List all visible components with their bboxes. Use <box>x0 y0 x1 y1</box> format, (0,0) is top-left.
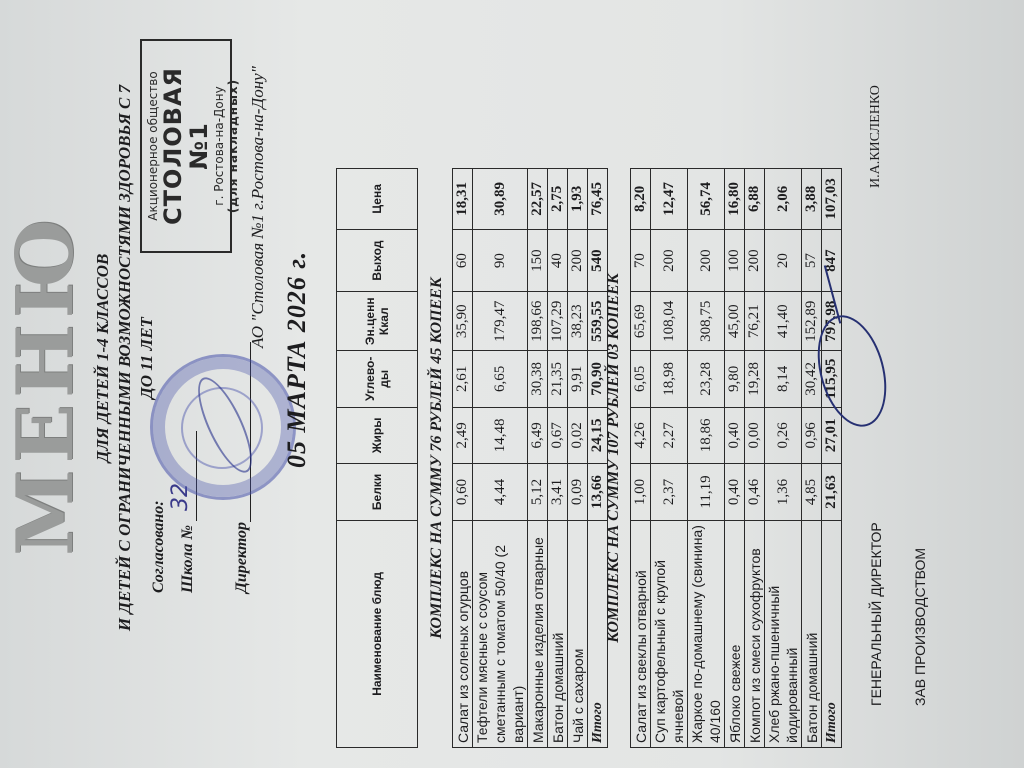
cell-fat: 0,02 <box>568 407 588 464</box>
cell-name: Жаркое по-домашнему (свинина) 40/160 <box>688 520 725 747</box>
table-row: Хлеб ржано-пшеничный йодированный1,360,2… <box>765 169 802 748</box>
cell-kcal: 198,66 <box>528 292 548 351</box>
cell-kcal: 107,29 <box>548 292 568 351</box>
cell-yield: 150 <box>528 229 548 292</box>
cell-carbs: 9,80 <box>725 351 745 408</box>
cell-fat: 18,86 <box>688 407 725 464</box>
cell-protein: 1,36 <box>765 464 802 521</box>
stamp-line-2: СТОЛОВАЯ №1 <box>160 41 212 251</box>
cell-kcal: 308,75 <box>688 292 725 351</box>
cell-protein: 5,12 <box>528 464 548 521</box>
cell-protein: 4,85 <box>802 464 822 521</box>
cell-fat: 0,40 <box>725 407 745 464</box>
column-header: Эн.ценн Ккал <box>337 292 418 351</box>
cell-carbs: 23,28 <box>688 351 725 408</box>
cell-name: Салат из соленых огурцов <box>453 520 473 747</box>
cell-kcal: 41,40 <box>765 292 802 351</box>
complex-2-table: Салат из свеклы отварной1,004,266,0565,6… <box>630 168 842 748</box>
table-row: Яблоко свежее0,400,409,8045,0010016,80 <box>725 169 745 748</box>
cell-fat: 6,49 <box>528 407 548 464</box>
cell-name: Макаронные изделия отварные <box>528 520 548 747</box>
cell-price: 107,03 <box>822 169 842 230</box>
table-row: Батон домашний4,850,9630,42152,89573,88 <box>802 169 822 748</box>
cell-carbs: 30,38 <box>528 351 548 408</box>
cell-carbs: 2,61 <box>453 351 473 408</box>
cell-carbs: 6,05 <box>631 351 651 408</box>
cell-name: Компот из смеси сухофруктов <box>745 520 765 747</box>
cell-kcal: 38,23 <box>568 292 588 351</box>
cell-fat: 0,00 <box>745 407 765 464</box>
cell-name: Тефтели мясные с соусом сметанным с тома… <box>473 520 528 747</box>
menu-document: МЕНЮ ДЛЯ ДЕТЕЙ 1-4 КЛАССОВ И ДЕТЕЙ С ОГР… <box>0 0 1024 768</box>
subtitle-line: ДЛЯ ДЕТЕЙ 1-4 КЛАССОВ <box>92 8 114 708</box>
cell-kcal: 179,47 <box>473 292 528 351</box>
cell-protein: 0,46 <box>745 464 765 521</box>
cell-kcal: 76,21 <box>745 292 765 351</box>
cell-fat: 2,49 <box>453 407 473 464</box>
cell-protein: 21,63 <box>822 464 842 521</box>
cell-price: 3,88 <box>802 169 822 230</box>
column-header: Жиры <box>337 407 418 464</box>
table-row: Тефтели мясные с соусом сметанным с тома… <box>473 169 528 748</box>
cell-carbs: 19,28 <box>745 351 765 408</box>
total-row: Итого21,6327,01115,95797,98847107,03 <box>822 169 842 748</box>
cell-name: Батон домашний <box>802 520 822 747</box>
cell-fat: 0,67 <box>548 407 568 464</box>
cell-carbs: 9,91 <box>568 351 588 408</box>
cell-name: Хлеб ржано-пшеничный йодированный <box>765 520 802 747</box>
complex-2-title: КОМПЛЕКС НА СУММУ 107 РУБЛЕЙ 03 КОПЕЕК <box>605 168 623 748</box>
stamp-line-1: Акционерное общество <box>146 41 160 251</box>
cell-yield: 200 <box>688 229 725 292</box>
cell-name: Яблоко свежее <box>725 520 745 747</box>
column-header: Углево-ды <box>337 351 418 408</box>
production-head-label: ЗАВ ПРОИЗВОДСТВОМ <box>912 548 928 706</box>
cell-yield: 70 <box>631 229 651 292</box>
cell-kcal: 108,04 <box>651 292 688 351</box>
cell-price: 22,57 <box>528 169 548 230</box>
cell-yield: 40 <box>548 229 568 292</box>
cell-yield: 200 <box>651 229 688 292</box>
menu-table-header: Наименование блюд Белки Жиры Углево-ды Э… <box>336 168 418 748</box>
cell-protein: 4,44 <box>473 464 528 521</box>
agreed-label: Согласовано: <box>150 500 168 593</box>
stamp-line-4: (для накладных) <box>226 41 240 251</box>
table-row: Салат из свеклы отварной1,004,266,0565,6… <box>631 169 651 748</box>
cell-name: Чай с сахаром <box>568 520 588 747</box>
cell-yield: 847 <box>822 229 842 292</box>
cell-fat: 14,48 <box>473 407 528 464</box>
subtitle-line: И ДЕТЕЙ С ОГРАНИЧЕННЫМИ ВОЗМОЖНОСТЯМИ ЗД… <box>114 8 136 708</box>
column-header: Наименование блюд <box>337 520 418 747</box>
general-director-label: ГЕНЕРАЛЬНЫЙ ДИРЕКТОР <box>868 522 884 706</box>
cell-protein: 11,19 <box>688 464 725 521</box>
column-header: Выход <box>337 229 418 292</box>
cell-yield: 100 <box>725 229 745 292</box>
director-label: Директор <box>233 522 250 593</box>
cell-protein: 3,41 <box>548 464 568 521</box>
school-seal-icon <box>150 354 296 500</box>
cell-price: 8,20 <box>631 169 651 230</box>
cell-name: Суп картофельный с крупой ячневой <box>651 520 688 747</box>
table-row: Жаркое по-домашнему (свинина) 40/16011,1… <box>688 169 725 748</box>
table-row: Макаронные изделия отварные5,126,4930,38… <box>528 169 548 748</box>
complex-1-table: Салат из соленых огурцов0,602,492,6135,9… <box>452 168 608 748</box>
cell-carbs: 18,98 <box>651 351 688 408</box>
general-director-name: И.А.КИСЛЕНКО <box>868 85 884 188</box>
table-row: Чай с сахаром0,090,029,9138,232001,93 <box>568 169 588 748</box>
cell-price: 16,80 <box>725 169 745 230</box>
cell-yield: 90 <box>473 229 528 292</box>
cell-price: 12,47 <box>651 169 688 230</box>
cell-price: 56,74 <box>688 169 725 230</box>
table-row: Компот из смеси сухофруктов0,460,0019,28… <box>745 169 765 748</box>
stamp-line-3: г. Ростова-на-Дону <box>212 41 226 251</box>
cell-fat: 27,01 <box>822 407 842 464</box>
cell-name: Батон домашний <box>548 520 568 747</box>
cell-yield: 57 <box>802 229 822 292</box>
cell-fat: 2,27 <box>651 407 688 464</box>
cell-yield: 200 <box>745 229 765 292</box>
cell-carbs: 21,35 <box>548 351 568 408</box>
cell-carbs: 6,65 <box>473 351 528 408</box>
table-row: Салат из соленых огурцов0,602,492,6135,9… <box>453 169 473 748</box>
cell-fat: 4,26 <box>631 407 651 464</box>
cell-price: 18,31 <box>453 169 473 230</box>
cell-name: Салат из свеклы отварной <box>631 520 651 747</box>
cell-yield: 20 <box>765 229 802 292</box>
cell-kcal: 65,69 <box>631 292 651 351</box>
cell-protein: 2,37 <box>651 464 688 521</box>
column-header: Цена <box>337 169 418 230</box>
cell-yield: 200 <box>568 229 588 292</box>
cell-protein: 1,00 <box>631 464 651 521</box>
cell-yield: 60 <box>453 229 473 292</box>
cell-carbs: 8,14 <box>765 351 802 408</box>
cell-price: 2,75 <box>548 169 568 230</box>
complex-1-title: КОМПЛЕКС НА СУММУ 76 РУБЛЕЙ 45 КОПЕЕК <box>428 168 446 748</box>
table-row: Батон домашний3,410,6721,35107,29402,75 <box>548 169 568 748</box>
cell-name: Итого <box>822 520 842 747</box>
cell-protein: 0,60 <box>453 464 473 521</box>
cell-protein: 0,40 <box>725 464 745 521</box>
cell-price: 2,06 <box>765 169 802 230</box>
cell-price: 1,93 <box>568 169 588 230</box>
cell-fat: 0,96 <box>802 407 822 464</box>
company-stamp: Акционерное общество СТОЛОВАЯ №1 г. Рост… <box>140 39 232 253</box>
cell-price: 6,88 <box>745 169 765 230</box>
column-header: Белки <box>337 464 418 521</box>
menu-title: МЕНЮ <box>0 0 91 768</box>
cell-kcal: 35,90 <box>453 292 473 351</box>
school-label: Школа № <box>179 525 196 593</box>
cell-fat: 0,26 <box>765 407 802 464</box>
cell-price: 30,89 <box>473 169 528 230</box>
cell-kcal: 45,00 <box>725 292 745 351</box>
table-row: Суп картофельный с крупой ячневой2,372,2… <box>651 169 688 748</box>
menu-date: 05 МАРТА 2026 г. <box>282 251 312 468</box>
organization-name: АО "Столовая №1 г.Ростова-на-Дону" <box>248 66 268 348</box>
cell-protein: 0,09 <box>568 464 588 521</box>
